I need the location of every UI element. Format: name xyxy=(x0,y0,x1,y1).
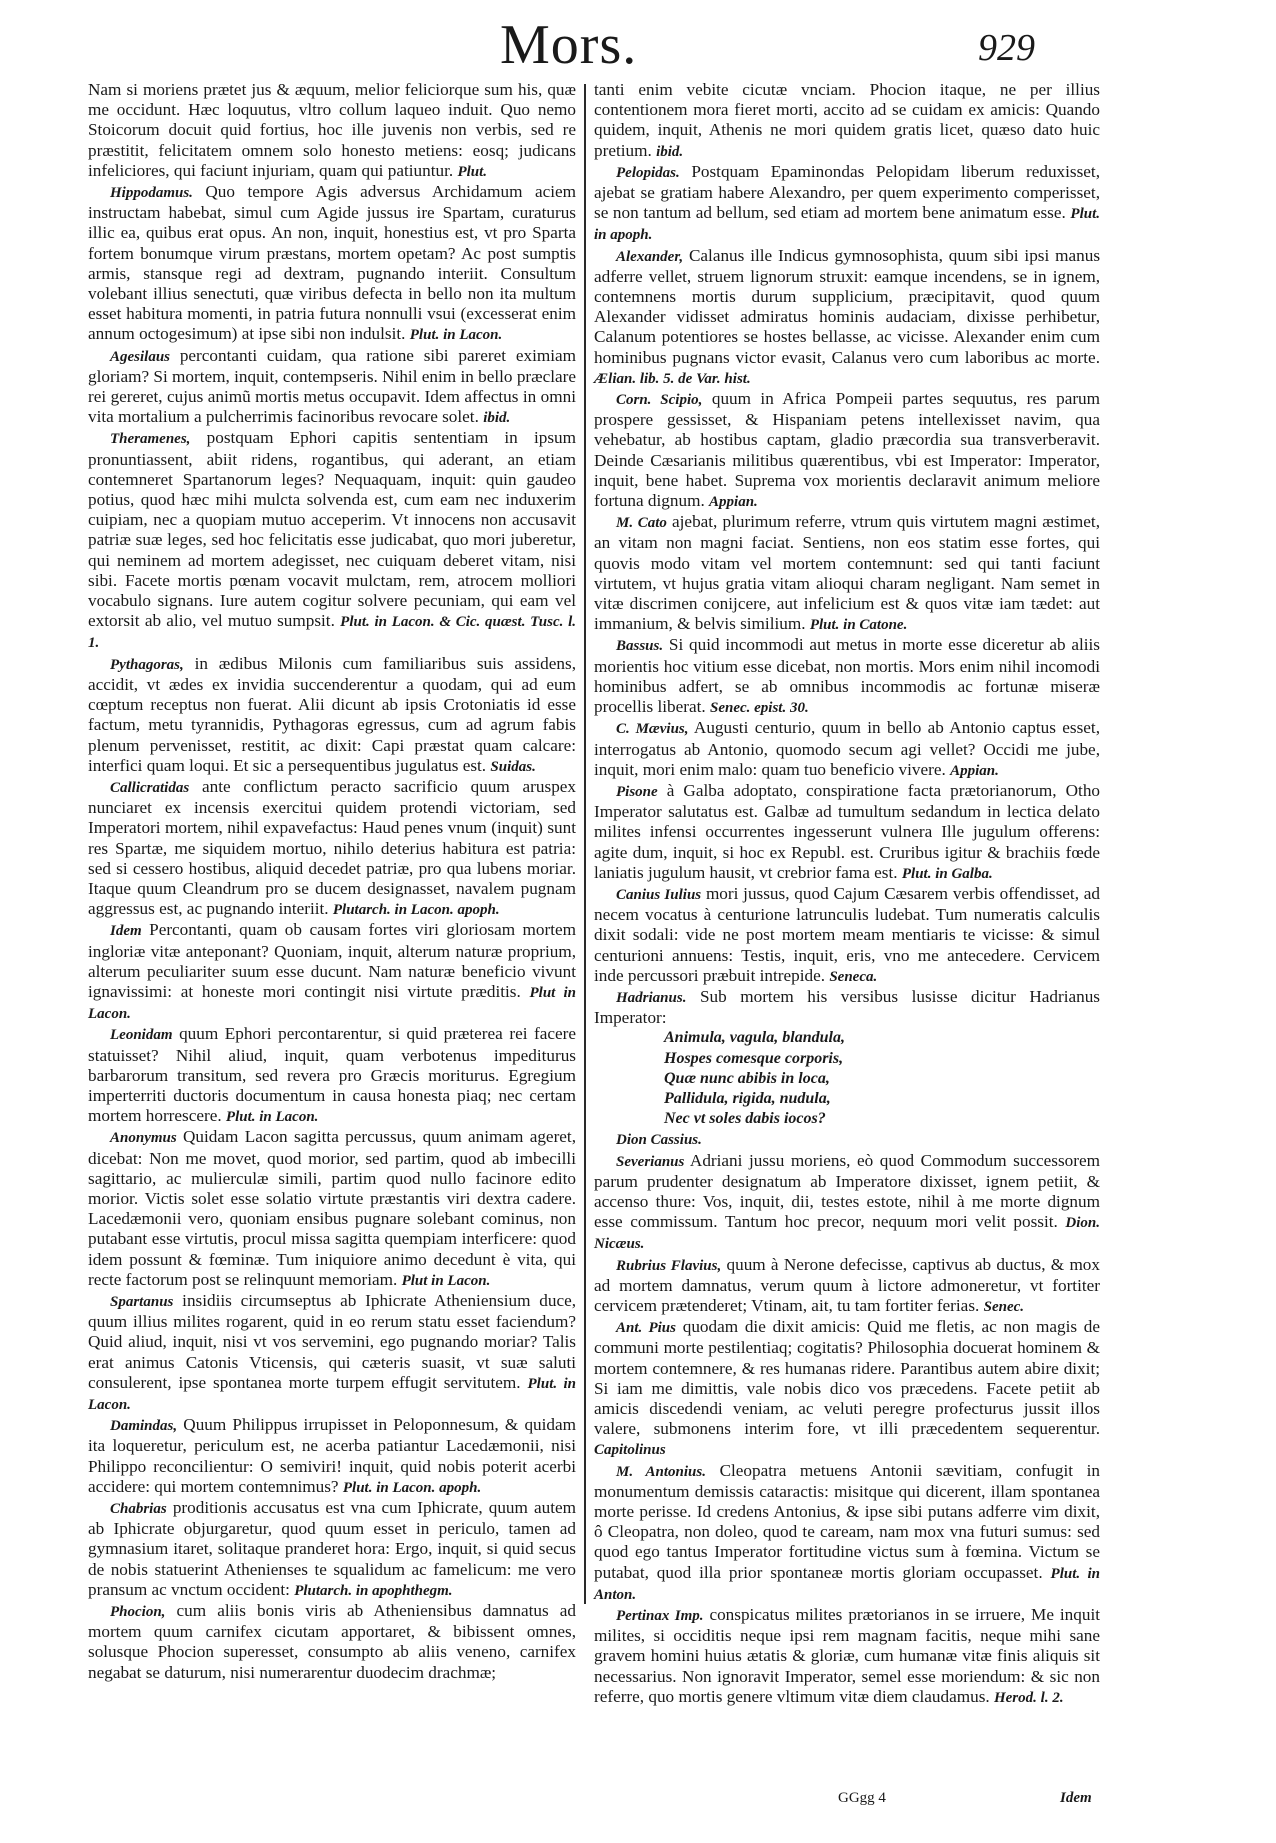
paragraph: Nam si moriens prætet jus & æquum, melio… xyxy=(88,80,576,182)
entry-name: C. Mævius, xyxy=(616,721,689,737)
paragraph: Corn. Scipio, quum in Africa Pompeii par… xyxy=(594,389,1100,512)
paragraph: M. Cato ajebat, plurimum referre, vtrum … xyxy=(594,512,1100,635)
paragraph: Idem Percontanti, quam ob causam fortes … xyxy=(88,920,576,1024)
paragraph-text: Si quid incommodi aut metus in morte ess… xyxy=(594,635,1100,716)
citation: Plut. in Lacon. apoph. xyxy=(343,1480,481,1496)
right-column: tanti enim vebite cicutæ vnciam. Phocion… xyxy=(594,80,1100,1708)
paragraph: Ant. Pius quodam die dixit amicis: Quid … xyxy=(594,1317,1100,1460)
citation: Plut in Lacon. xyxy=(402,1273,491,1289)
citation: Senec. epist. 30. xyxy=(710,700,809,716)
verse-line: Animula, vagula, blandula, xyxy=(664,1028,1100,1048)
paragraph: Rubrius Flavius, quum à Nerone defecisse… xyxy=(594,1255,1100,1318)
verse-line: Pallidula, rigida, nudula, xyxy=(664,1089,1100,1109)
entry-name: Idem xyxy=(110,923,142,939)
paragraph-text: postquam Ephori capitis sententiam in ip… xyxy=(88,428,576,630)
paragraph: Canius Iulius mori jussus, quod Cajum Cæ… xyxy=(594,884,1100,987)
paragraph: Agesilaus percontanti cuidam, qua ration… xyxy=(88,346,576,429)
entry-name: Spartanus xyxy=(110,1294,173,1310)
paragraph-text: ante conflictum peracto sacrificio quum … xyxy=(88,777,576,918)
paragraph: Damindas, Quum Philippus irrupisset in P… xyxy=(88,1415,576,1498)
citation: Plut. in Catone. xyxy=(810,617,908,633)
citation: Plutarch. in apophthegm. xyxy=(294,1583,452,1599)
citation: Plutarch. in Lacon. apoph. xyxy=(333,902,500,918)
paragraph: Pelopidas. Postquam Epaminondas Pelopida… xyxy=(594,162,1100,246)
citation: Senec. xyxy=(984,1299,1024,1315)
paragraph: Leonidam quum Ephori percontarentur, si … xyxy=(88,1024,576,1127)
citation: Appian. xyxy=(950,763,999,779)
catchword: Idem xyxy=(1060,1790,1092,1807)
verse-line: Hospes comesque corporis, xyxy=(664,1049,1100,1069)
citation: Capitolinus xyxy=(594,1442,666,1458)
entry-name: M. Cato xyxy=(616,515,667,531)
paragraph-text: Quidam Lacon sagitta percussus, quum ani… xyxy=(88,1127,576,1288)
citation: ibid. xyxy=(483,410,510,426)
entry-name: Alexander, xyxy=(616,249,683,265)
verse-line: Nec vt soles dabis iocos? xyxy=(664,1109,1100,1129)
verse-line: Quæ nunc abibis in loca, xyxy=(664,1069,1100,1089)
entry-name: Callicratidas xyxy=(110,780,189,796)
paragraph: Phocion, cum aliis bonis viris ab Atheni… xyxy=(88,1601,576,1683)
entry-name: Pisone xyxy=(616,784,658,800)
entry-name: Phocion, xyxy=(110,1604,165,1620)
page-number: 929 xyxy=(978,18,1035,78)
entry-name: Rubrius Flavius, xyxy=(616,1258,721,1274)
citation: Plut. in Lacon. xyxy=(226,1109,319,1125)
paragraph: Alexander, Calanus ille Indicus gymnosop… xyxy=(594,246,1100,389)
paragraph: Pisone à Galba adoptato, conspiratione f… xyxy=(594,781,1100,884)
entry-name: Ant. Pius xyxy=(616,1320,676,1336)
signature-mark: GGgg 4 xyxy=(838,1790,886,1807)
paragraph: Hadrianus. Sub mortem his versibus lusis… xyxy=(594,987,1100,1028)
paragraph: Chabrias proditionis accusatus est vna c… xyxy=(88,1498,576,1601)
entry-name: Bassus. xyxy=(616,638,663,654)
entry-name: Corn. Scipio, xyxy=(616,392,702,408)
paragraph-text: à Galba adoptato, conspiratione facta pr… xyxy=(594,781,1100,882)
entry-name: Pertinax Imp. xyxy=(616,1608,704,1624)
entry-name: Canius Iulius xyxy=(616,887,701,903)
paragraph: Anonymus Quidam Lacon sagitta percussus,… xyxy=(88,1127,576,1291)
paragraph: C. Mævius, Augusti centurio, quum in bel… xyxy=(594,718,1100,781)
citation: Suidas. xyxy=(490,759,535,775)
left-column: Nam si moriens prætet jus & æquum, melio… xyxy=(88,80,576,1683)
entry-name: Pelopidas. xyxy=(616,165,680,181)
citation: Ælian. lib. 5. de Var. hist. xyxy=(594,371,751,387)
entry-name: Damindas, xyxy=(110,1418,177,1434)
paragraph-text: Nam si moriens prætet jus & æquum, melio… xyxy=(88,80,576,180)
entry-name: Hadrianus. xyxy=(616,990,686,1006)
entry-name: Hippodamus. xyxy=(110,185,193,201)
citation: Plut. in Galba. xyxy=(902,866,993,882)
citation: Plut. in Lacon. xyxy=(410,327,503,343)
entry-name: Agesilaus xyxy=(110,349,170,365)
citation: Herod. l. 2. xyxy=(994,1690,1064,1706)
citation: Appian. xyxy=(709,494,758,510)
paragraph: tanti enim vebite cicutæ vnciam. Phocion… xyxy=(594,80,1100,162)
page-footer: GGgg 4 Idem xyxy=(0,1790,1276,1814)
paragraph-text: Percontanti, quam ob causam fortes viri … xyxy=(88,920,576,1001)
entry-name: Chabrias xyxy=(110,1501,167,1517)
entry-name: Theramenes, xyxy=(110,431,190,447)
paragraph: M. Antonius. Cleopatra metuens Antonii s… xyxy=(594,1461,1100,1605)
paragraph: Callicratidas ante conflictum peracto sa… xyxy=(88,777,576,920)
running-title: Mors. xyxy=(500,10,637,80)
paragraph: Bassus. Si quid incommodi aut metus in m… xyxy=(594,635,1100,718)
verse-block: Animula, vagula, blandula, Hospes comesq… xyxy=(594,1028,1100,1129)
entry-name: Anonymus xyxy=(110,1130,177,1146)
citation: ibid. xyxy=(656,144,683,160)
citation: Seneca. xyxy=(829,969,877,985)
citation: Dion Cassius. xyxy=(616,1132,702,1148)
verse-citation: Dion Cassius. xyxy=(594,1129,1100,1150)
column-rule xyxy=(584,84,586,1604)
paragraph-text: Quo tempore Agis adversus Archidamum aci… xyxy=(88,182,576,343)
paragraph-text: ajebat, plurimum referre, vtrum quis vir… xyxy=(594,512,1100,633)
entry-name: Pythagoras, xyxy=(110,657,184,673)
page-header: Mors. 929 xyxy=(0,10,1276,80)
paragraph: Pythagoras, in ædibus Milonis cum famili… xyxy=(88,654,576,777)
paragraph: Theramenes, postquam Ephori capitis sent… xyxy=(88,428,576,653)
entry-name: Leonidam xyxy=(110,1027,173,1043)
paragraph: Severianus Adriani jussu moriens, eò quo… xyxy=(594,1151,1100,1255)
paragraph: Spartanus insidiis circumseptus ab Iphic… xyxy=(88,1291,576,1415)
citation: Plut. xyxy=(457,164,487,180)
paragraph: Hippodamus. Quo tempore Agis adversus Ar… xyxy=(88,182,576,346)
entry-name: Severianus xyxy=(616,1154,684,1170)
entry-name: M. Antonius. xyxy=(616,1464,706,1480)
paragraph: Pertinax Imp. conspicatus milites prætor… xyxy=(594,1605,1100,1708)
